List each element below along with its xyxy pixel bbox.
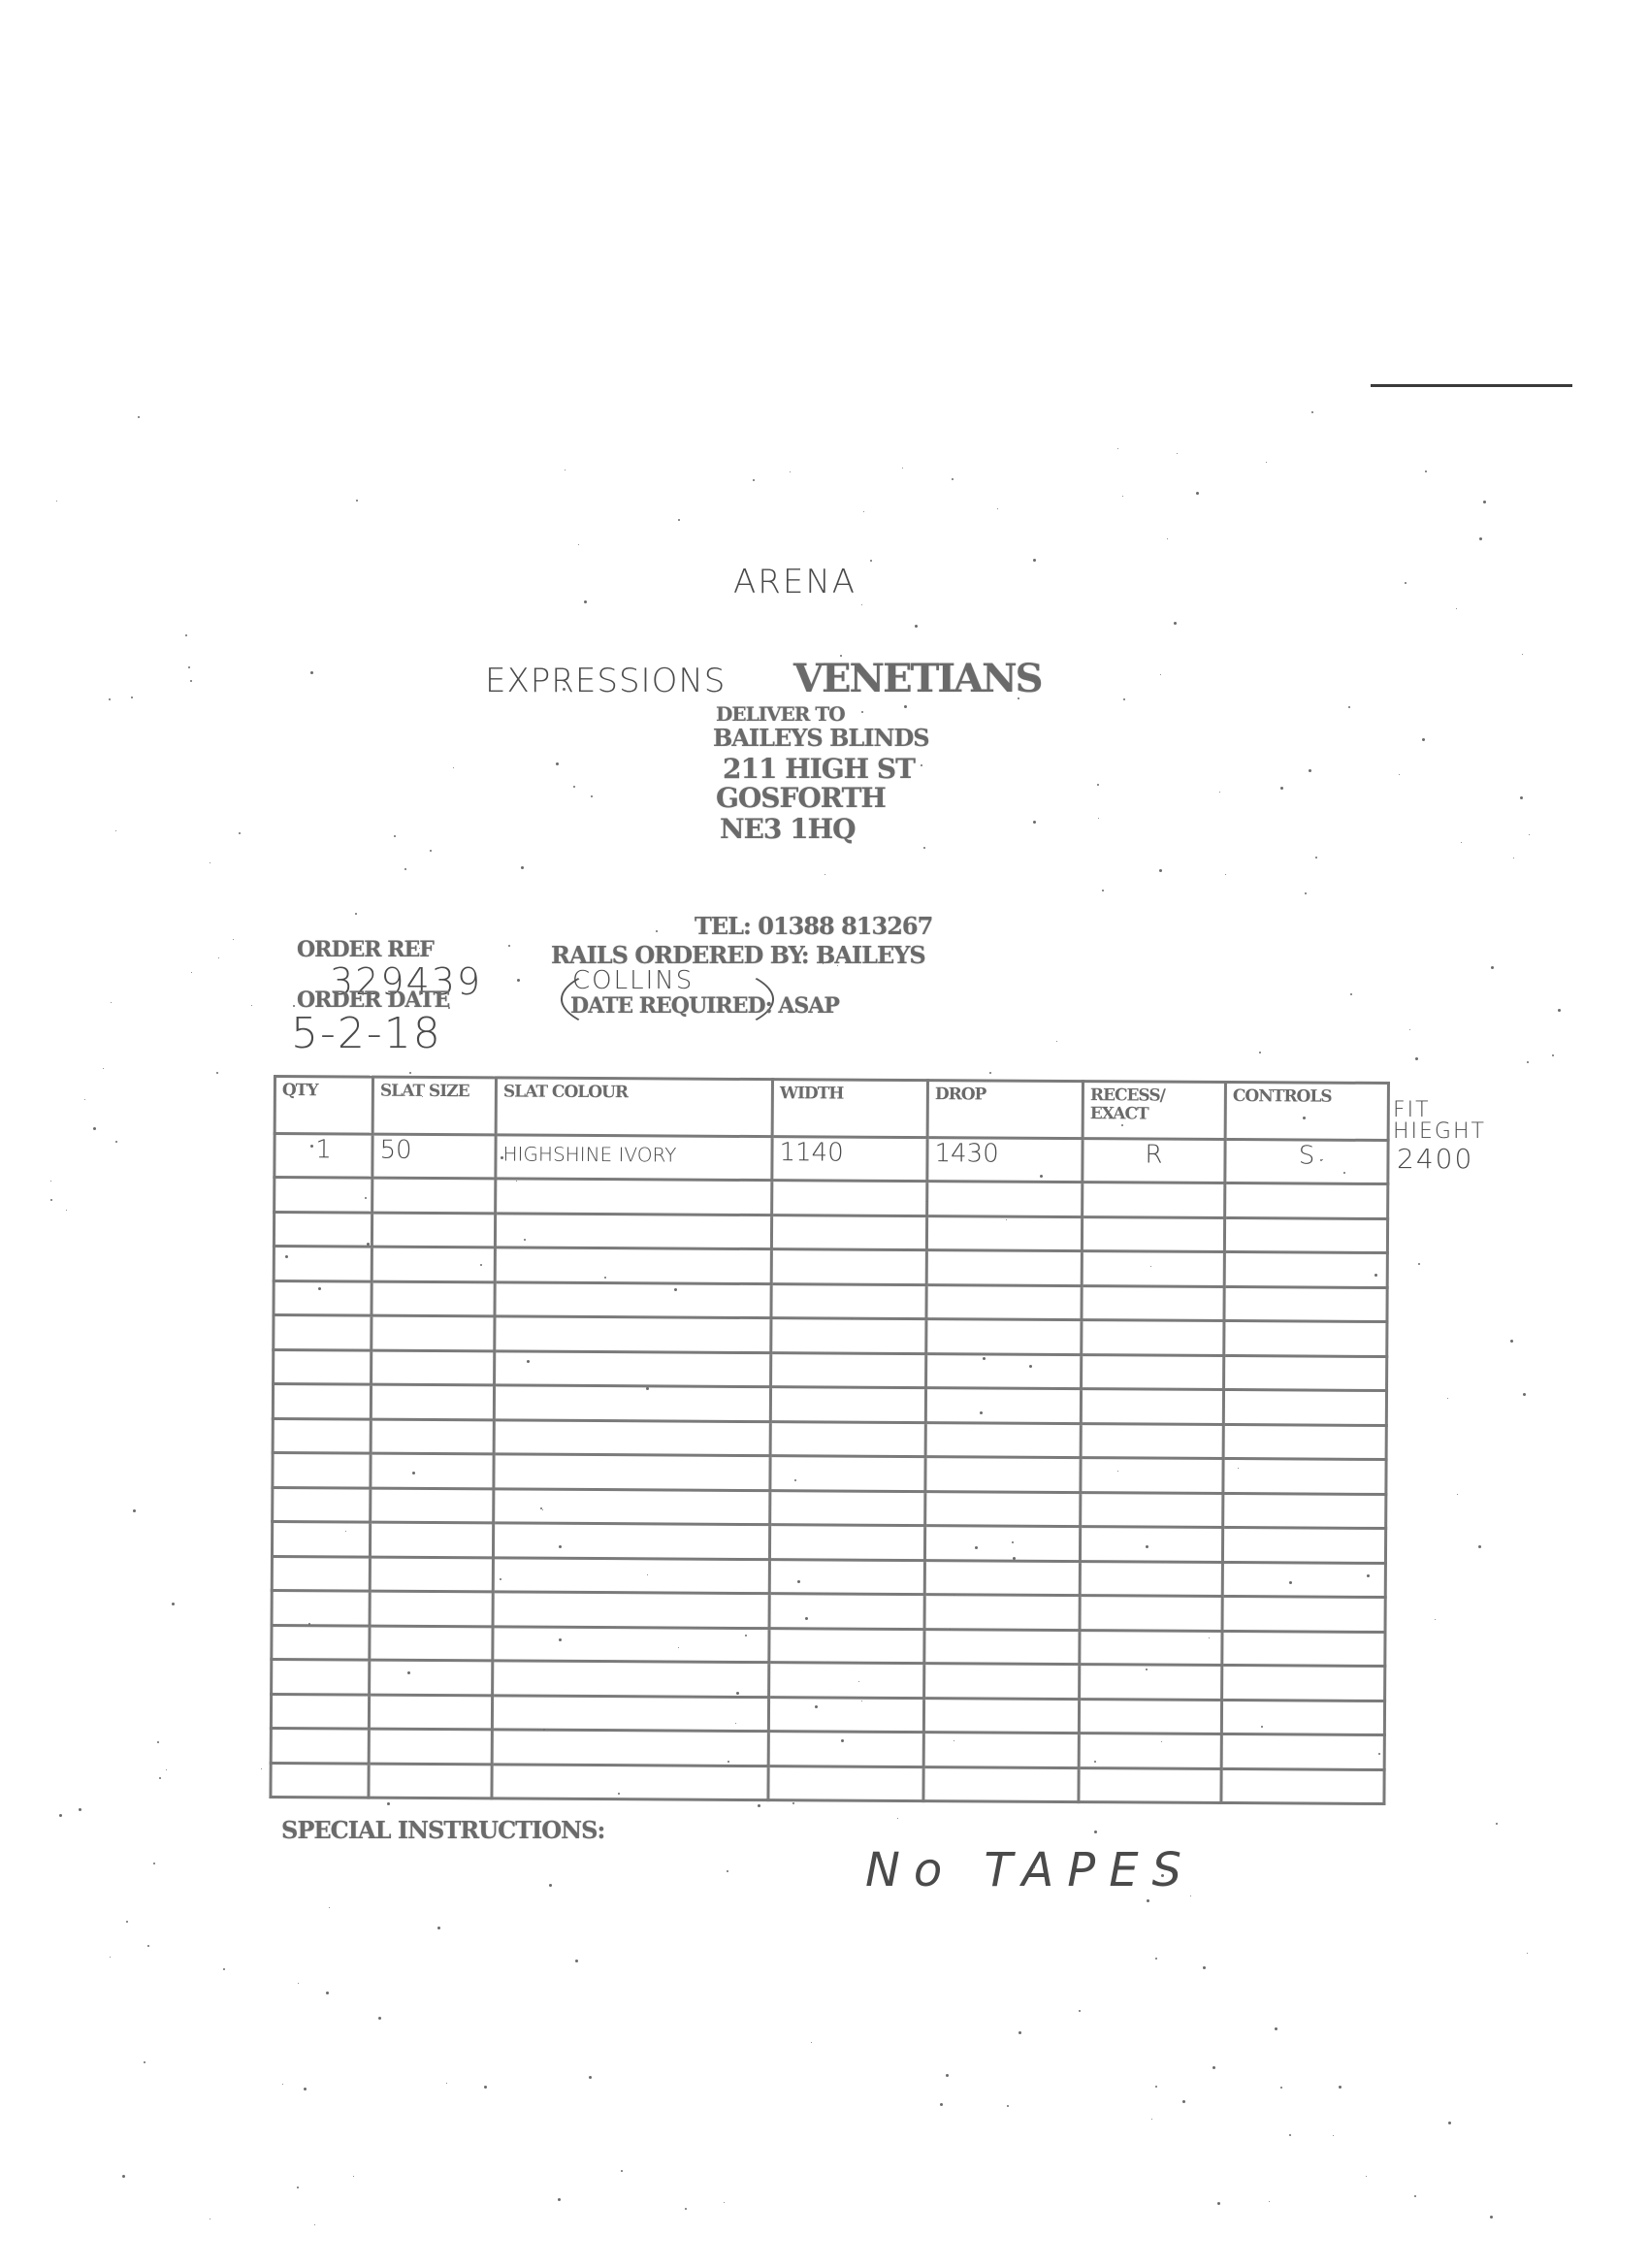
cell-slat-size: [369, 1729, 492, 1764]
scan-speck: [1029, 1365, 1032, 1368]
scan-speck: [1447, 1398, 1448, 1399]
order-ref-label: ORDER REF: [297, 937, 434, 962]
scan-speck: [216, 1072, 218, 1074]
table-header-row: QTY SLAT SIZE SLAT COLOUR WIDTH DROP REC…: [275, 1077, 1388, 1141]
scan-speck: [157, 1741, 159, 1743]
scan-speck: [126, 1921, 128, 1923]
scan-speck: [422, 1096, 423, 1097]
address-line: 211 HIGH ST: [723, 753, 915, 785]
cell-width: [769, 1663, 924, 1698]
scan-speck: [1161, 1741, 1162, 1742]
cell-slat-colour: [493, 1626, 769, 1662]
scan-speck: [926, 1201, 927, 1202]
scan-speck: [1405, 582, 1406, 584]
scan-speck: [185, 634, 187, 636]
scan-speck: [1558, 1009, 1561, 1012]
column-header-controls: CONTROLS: [1225, 1082, 1388, 1140]
scan-speck: [159, 1777, 161, 1779]
product-title: VENETIANS: [793, 656, 1042, 701]
scan-speck: [589, 2076, 592, 2079]
scan-speck: [1018, 697, 1019, 699]
cell-drop: [925, 1422, 1081, 1457]
scan-speck: [115, 1141, 117, 1143]
scan-speck: [318, 1287, 321, 1290]
scan-speck: [394, 835, 396, 837]
scan-speck: [1033, 559, 1036, 562]
scan-speck: [558, 2198, 561, 2201]
cell-width: [770, 1456, 925, 1491]
cell-controls: [1224, 1251, 1387, 1287]
scan-speck: [1350, 993, 1352, 995]
cell-recess-exact: [1079, 1767, 1221, 1802]
scan-speck: [131, 697, 133, 698]
scan-speck: [1448, 2122, 1451, 2124]
scan-speck: [1159, 869, 1162, 872]
scan-speck: [1456, 608, 1457, 609]
cell-drop: [925, 1457, 1081, 1492]
scan-speck: [1266, 462, 1267, 463]
scan-speck: [542, 1509, 543, 1510]
cell-slat-size: [370, 1660, 493, 1695]
scan-speck: [1343, 1172, 1345, 1174]
cell-slat-colour: HIGHSHINE IVORY: [496, 1135, 772, 1181]
cell-controls: [1221, 1768, 1384, 1804]
scan-speck: [1212, 2066, 1215, 2069]
cell-controls: [1224, 1355, 1387, 1391]
scan-speck: [1527, 1061, 1529, 1063]
order-table: QTY SLAT SIZE SLAT COLOUR WIDTH DROP REC…: [269, 1075, 1390, 1805]
cell-recess-exact: [1083, 1183, 1225, 1217]
scan-speck: [419, 948, 420, 949]
cell-qty: [274, 1212, 372, 1247]
cell-drop: [926, 1353, 1082, 1388]
fit-height-value: 2400: [1397, 1143, 1473, 1175]
cell-width: [768, 1697, 923, 1732]
scan-speck: [863, 511, 864, 512]
cell-width: [769, 1594, 924, 1629]
scan-speck: [297, 2187, 299, 2188]
scan-speck: [218, 957, 219, 958]
cell-width: [768, 1766, 923, 1800]
scan-speck: [980, 1411, 983, 1414]
scan-speck: [833, 768, 835, 770]
scan-speck: [565, 470, 566, 470]
cell-slat-size: [371, 1384, 494, 1419]
scan-speck: [852, 1318, 853, 1319]
scan-speck: [1012, 1541, 1014, 1543]
scan-speck: [685, 2208, 687, 2210]
scan-speck: [133, 1509, 136, 1512]
cell-drop: [927, 1182, 1083, 1216]
scan-speck: [239, 832, 241, 834]
scan-speck: [861, 711, 863, 713]
scan-speck: [556, 762, 559, 765]
scan-speck: [797, 1580, 800, 1583]
address-line: NE3 1HQ: [720, 813, 856, 845]
scan-speck: [1280, 787, 1283, 790]
scan-speck: [1196, 492, 1199, 495]
scan-speck: [111, 1002, 112, 1003]
scan-speck: [1311, 411, 1313, 413]
cell-width: [769, 1525, 924, 1560]
cell-controls: [1222, 1631, 1385, 1667]
scan-speck: [1552, 1054, 1554, 1056]
scan-speck: [110, 1957, 111, 1958]
cell-drop: [926, 1284, 1082, 1319]
cell-drop: [924, 1664, 1080, 1699]
scan-speck: [59, 1814, 62, 1817]
cell-qty: [274, 1315, 372, 1350]
scan-speck: [524, 1239, 526, 1241]
cell-qty: [273, 1453, 371, 1488]
scan-speck: [604, 1277, 606, 1279]
scan-speck: [1121, 1124, 1123, 1126]
cell-width: [771, 1283, 926, 1318]
cell-qty: [275, 1178, 372, 1213]
scan-speck: [1523, 1393, 1526, 1396]
scan-speck: [997, 508, 998, 509]
column-header-qty: QTY: [275, 1077, 372, 1135]
cell-recess-exact: [1082, 1216, 1224, 1251]
cell-recess-exact: [1081, 1389, 1223, 1424]
cell-slat-colour: [496, 1179, 772, 1215]
cell-width: [769, 1559, 924, 1594]
date-required: DATE REQUIRED: ASAP: [570, 993, 839, 1019]
cell-slat-size: [371, 1453, 494, 1488]
scan-speck: [758, 1804, 760, 1807]
scan-speck: [870, 560, 872, 562]
scan-speck: [223, 1968, 225, 1970]
scan-speck: [210, 2219, 210, 2219]
cell-qty: 1: [275, 1134, 372, 1179]
scan-speck: [1261, 1726, 1263, 1728]
cell-drop: 1430: [927, 1138, 1083, 1183]
brand-handwritten: EXPRESSIONS: [485, 662, 726, 700]
cell-recess-exact: [1080, 1561, 1222, 1596]
cell-slat-colour: [493, 1557, 769, 1593]
cell-recess-exact: [1081, 1423, 1223, 1458]
scan-speck: [897, 1818, 898, 1819]
cell-recess-exact: [1082, 1354, 1224, 1389]
cell-slat-size: [371, 1488, 494, 1523]
scan-speck: [578, 544, 579, 545]
scan-speck: [437, 1927, 440, 1929]
cell-recess-exact: [1081, 1492, 1223, 1527]
scan-speck: [1259, 1052, 1261, 1053]
scan-speck: [1378, 1753, 1380, 1755]
cell-slat-size: [369, 1764, 492, 1798]
scan-speck: [147, 1945, 149, 1947]
scan-speck: [1478, 1545, 1481, 1548]
cell-controls: [1224, 1320, 1387, 1356]
scan-speck: [521, 866, 524, 869]
order-date-value: 5-2-18: [291, 1009, 442, 1058]
scan-speck: [387, 1802, 390, 1805]
scan-speck: [1209, 1637, 1210, 1638]
scan-speck: [480, 1264, 482, 1266]
scan-speck: [591, 795, 593, 797]
scan-speck: [293, 1005, 295, 1007]
rails-ordered-by: RAILS ORDERED BY: BAILEYS: [551, 941, 925, 969]
table-row: 1 50 HIGHSHINE IVORY 1140 1430 R S: [275, 1134, 1388, 1184]
cell-slat-colour: [493, 1661, 769, 1697]
scan-speck: [1217, 2202, 1220, 2205]
scan-speck: [549, 1884, 552, 1887]
cell-drop: [926, 1250, 1082, 1285]
address-line: GOSFORTH: [716, 782, 886, 814]
scan-speck: [1322, 1159, 1323, 1160]
scan-speck: [191, 972, 192, 973]
scan-speck: [952, 478, 954, 480]
scan-speck: [584, 600, 587, 603]
scan-speck: [1219, 792, 1220, 793]
deliver-to-label: DELIVER TO: [716, 702, 845, 726]
cell-recess-exact: [1079, 1733, 1221, 1768]
scan-speck: [308, 1623, 310, 1625]
scan-speck: [1425, 470, 1427, 472]
cell-controls: [1224, 1217, 1387, 1253]
scan-speck: [543, 1729, 545, 1731]
scan-speck: [1122, 496, 1123, 497]
scan-speck: [646, 1387, 649, 1390]
scan-speck: [559, 1545, 562, 1548]
scan-speck: [1006, 1219, 1007, 1220]
scan-speck: [138, 416, 140, 418]
cell-width: [771, 1215, 926, 1249]
scan-speck: [1479, 537, 1482, 540]
scan-speck: [559, 1638, 562, 1641]
column-header-recess-exact: RECESS/ EXACT: [1083, 1082, 1225, 1140]
scan-speck: [1155, 2086, 1157, 2088]
scan-speck: [1098, 818, 1099, 819]
scan-speck: [1150, 1266, 1151, 1267]
scan-speck: [446, 2083, 447, 2084]
cell-width: [770, 1490, 925, 1525]
telephone: TEL: 01388 813267: [695, 912, 932, 940]
scan-speck: [823, 963, 824, 964]
scan-speck: [367, 1243, 370, 1246]
scan-speck: [298, 1983, 299, 1984]
scan-speck: [1079, 2010, 1081, 2012]
cell-qty: [271, 1728, 369, 1763]
cell-qty: [274, 1349, 372, 1384]
scan-speck: [573, 786, 575, 788]
cell-width: [769, 1628, 924, 1663]
cell-width: [771, 1318, 926, 1353]
scan-speck: [563, 688, 566, 691]
scan-speck: [1461, 842, 1462, 843]
scan-speck: [1238, 1468, 1239, 1469]
scan-speck: [251, 1005, 252, 1006]
supplier-handwritten: ARENA: [733, 563, 857, 601]
cell-slat-size: [370, 1626, 493, 1661]
cell-qty: [273, 1418, 371, 1453]
scan-speck: [1399, 774, 1400, 775]
scan-speck: [66, 1210, 67, 1211]
cell-slat-colour: [495, 1281, 771, 1317]
cell-width: [772, 1181, 927, 1215]
scan-speck: [1155, 1958, 1157, 1960]
cell-qty: [274, 1247, 372, 1281]
scan-speck: [1333, 2135, 1334, 2136]
scan-speck: [837, 965, 838, 966]
scan-speck: [1418, 1263, 1420, 1265]
scan-speck: [858, 1681, 859, 1682]
cell-slat-colour: [495, 1350, 771, 1386]
scan-speck: [1225, 874, 1226, 875]
scan-speck: [1510, 1340, 1513, 1343]
scan-speck: [1033, 821, 1036, 824]
scan-speck: [1280, 2087, 1282, 2089]
cell-width: [770, 1421, 925, 1456]
scan-speck: [656, 930, 658, 932]
cell-slat-size: [369, 1695, 492, 1730]
cell-recess-exact: [1080, 1527, 1222, 1562]
scan-speck: [861, 604, 862, 605]
cell-width: [770, 1387, 925, 1422]
cell-drop: [925, 1491, 1081, 1526]
cell-qty: [272, 1590, 370, 1625]
scan-speck: [790, 471, 791, 472]
cell-qty: [272, 1659, 370, 1694]
scan-speck: [1289, 1581, 1292, 1584]
table-row: [271, 1763, 1384, 1804]
scan-speck: [412, 1472, 415, 1474]
scan-speck: [1366, 2176, 1367, 2177]
scan-speck: [1097, 784, 1099, 786]
cell-width: 1140: [772, 1137, 927, 1182]
scan-speck: [1483, 501, 1486, 503]
scan-speck: [453, 767, 454, 768]
scan-speck: [50, 1181, 51, 1182]
cell-controls: [1222, 1596, 1385, 1632]
cell-slat-colour: [494, 1454, 770, 1490]
scan-speck: [1415, 1057, 1418, 1060]
scan-speck: [1203, 1966, 1206, 1969]
scan-speck: [310, 1145, 313, 1148]
scan-speck: [261, 1768, 262, 1769]
cell-slat-size: 50: [372, 1134, 496, 1179]
cell-drop: [924, 1560, 1080, 1595]
scan-speck: [1409, 1029, 1410, 1030]
cell-controls: [1223, 1458, 1386, 1494]
scan-speck: [1123, 698, 1125, 700]
scan-speck: [1275, 2027, 1277, 2030]
cell-drop: [923, 1733, 1079, 1767]
scan-speck: [1147, 1899, 1149, 1902]
scan-speck: [355, 913, 357, 915]
cell-slat-size: [372, 1281, 495, 1316]
scan-speck: [923, 847, 925, 849]
cell-controls: [1221, 1733, 1384, 1769]
scan-speck: [93, 1127, 96, 1130]
scan-speck: [735, 1723, 736, 1724]
scan-speck: [310, 671, 313, 674]
scan-speck: [501, 1156, 503, 1159]
cell-drop: [923, 1766, 1079, 1801]
scan-speck: [172, 1603, 175, 1605]
scan-speck: [954, 1740, 954, 1741]
scan-speck: [353, 2176, 354, 2177]
scan-speck: [621, 2170, 623, 2172]
scan-speck: [841, 1739, 844, 1742]
scan-speck: [1018, 2031, 1021, 2034]
cell-slat-size: [372, 1350, 495, 1385]
cell-slat-size: [370, 1557, 493, 1592]
cell-slat-size: [372, 1247, 495, 1281]
scan-speck: [122, 2175, 125, 2178]
cell-controls: [1223, 1493, 1386, 1529]
fit-height-label: FIT HIEGHT: [1393, 1100, 1519, 1143]
cell-drop: [926, 1215, 1082, 1250]
scan-speck: [56, 501, 57, 502]
scan-speck: [1513, 858, 1514, 859]
cell-slat-colour: [494, 1488, 770, 1524]
scan-speck: [1151, 2119, 1152, 2120]
scan-speck: [805, 1617, 808, 1620]
scan-speck: [109, 698, 111, 700]
scan-speck: [989, 1072, 991, 1074]
scan-speck: [618, 1793, 620, 1795]
scan-speck: [904, 705, 907, 708]
scan-speck: [1520, 796, 1523, 799]
scan-speck: [345, 1531, 346, 1532]
scan-speck: [1102, 890, 1104, 891]
address-line: BAILEYS BLINDS: [713, 724, 929, 752]
cell-slat-colour: [492, 1764, 768, 1799]
cell-controls: [1223, 1389, 1386, 1425]
cell-slat-size: [372, 1315, 495, 1350]
scan-speck: [813, 1096, 815, 1098]
scan-speck: [647, 1574, 648, 1575]
scan-speck: [727, 1761, 729, 1763]
scan-speck: [144, 2061, 145, 2063]
scan-speck: [1146, 1545, 1148, 1548]
scan-speck: [1367, 1574, 1370, 1577]
scan-speck: [500, 1578, 501, 1580]
cell-width: [771, 1352, 926, 1387]
cell-slat-size: [371, 1419, 494, 1454]
scan-speck: [1117, 1471, 1118, 1472]
scan-speck: [1529, 834, 1530, 835]
scan-speck: [233, 939, 234, 940]
scan-speck: [1315, 857, 1317, 859]
special-instructions-label: SPECIAL INSTRUCTIONS:: [281, 1816, 604, 1844]
cell-recess-exact: [1079, 1699, 1221, 1733]
scan-speck: [1013, 1557, 1016, 1560]
scan-speck: [794, 1479, 796, 1481]
scan-speck: [282, 2084, 283, 2085]
scan-speck: [1435, 1619, 1436, 1620]
cell-slat-colour: [495, 1316, 771, 1352]
scan-speck: [811, 2042, 812, 2043]
cell-slat-colour: [493, 1592, 769, 1628]
cell-slat-colour: [495, 1213, 771, 1248]
scan-speck: [1160, 674, 1161, 675]
scan-speck: [365, 1197, 367, 1199]
scan-speck: [378, 2017, 381, 2020]
column-header-width: WIDTH: [772, 1080, 927, 1138]
scan-speck: [745, 1635, 747, 1636]
scan-speck: [724, 2202, 725, 2203]
scan-speck: [407, 1671, 410, 1674]
cell-recess-exact: [1081, 1458, 1223, 1493]
scan-speck: [1457, 1494, 1458, 1495]
scan-speck: [326, 1992, 329, 1994]
cell-slat-colour: [494, 1385, 770, 1421]
cell-drop: [923, 1698, 1079, 1733]
cell-controls: [1222, 1665, 1385, 1701]
